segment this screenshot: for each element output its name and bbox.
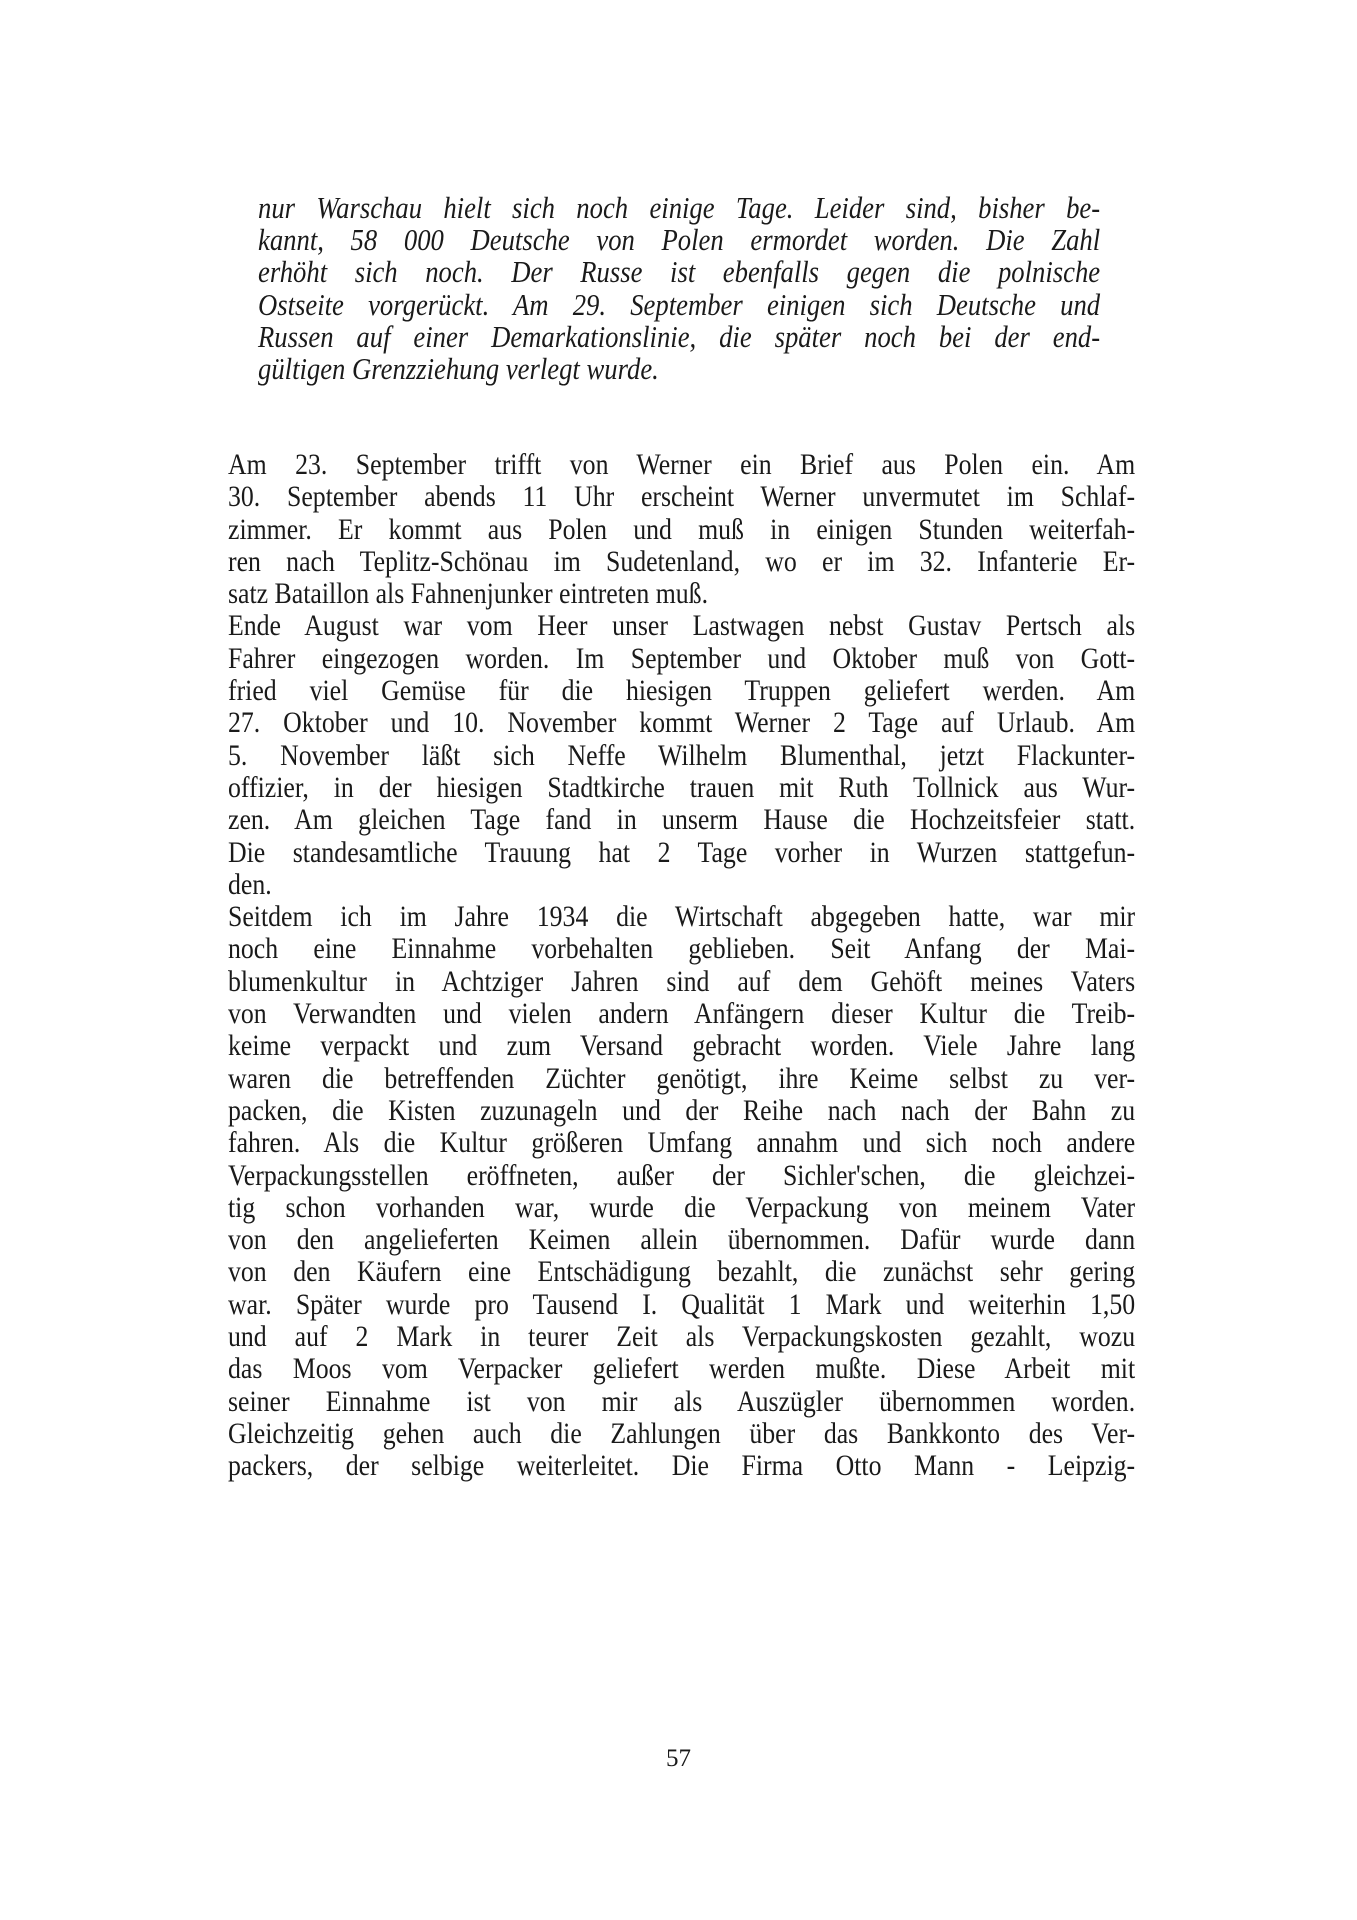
paragraph-line: ren nach Teplitz-Schönau im Sudetenland,… bbox=[228, 546, 1135, 578]
paragraph-line: fahren. Als die Kultur größeren Umfang a… bbox=[228, 1127, 1135, 1159]
body-text-block: Am 23. September trifft von Werner ein B… bbox=[228, 449, 1135, 1483]
paragraph-line: fried viel Gemüse für die hiesigen Trupp… bbox=[228, 675, 1135, 707]
paragraph-line: das Moos vom Verpacker geliefert werden … bbox=[228, 1353, 1135, 1385]
paragraph-line: tig schon vorhanden war, wurde die Verpa… bbox=[228, 1192, 1135, 1224]
paragraph-line: den. bbox=[228, 869, 1135, 901]
paragraph-line: Fahrer eingezogen worden. Im September u… bbox=[228, 643, 1135, 675]
paragraph-line: zimmer. Er kommt aus Polen und muß in ei… bbox=[228, 514, 1135, 546]
paragraph-line: von den angelieferten Keimen allein über… bbox=[228, 1224, 1135, 1256]
paragraph-line: Gleichzeitig gehen auch die Zahlungen üb… bbox=[228, 1418, 1135, 1450]
document-page: nur Warschau hielt sich noch einige Tage… bbox=[0, 0, 1357, 1920]
page-number: 57 bbox=[0, 1745, 1357, 1773]
paragraph-line: Ende August war vom Heer unser Lastwagen… bbox=[228, 610, 1135, 642]
quote-line: kannt, 58 000 Deutsche von Polen ermorde… bbox=[228, 224, 1100, 256]
paragraph-line: war. Später wurde pro Tausend I. Qualitä… bbox=[228, 1289, 1135, 1321]
quote-line: Russen auf einer Demarkationslinie, die … bbox=[228, 321, 1100, 353]
paragraph-line: von Verwandten und vielen andern Anfänge… bbox=[228, 998, 1135, 1030]
paragraph-line: zen. Am gleichen Tage fand in unserm Hau… bbox=[228, 804, 1135, 836]
paragraph-line: blumenkultur in Achtziger Jahren sind au… bbox=[228, 966, 1135, 998]
paragraph-line: 5. November läßt sich Neffe Wilhelm Blum… bbox=[228, 740, 1135, 772]
paragraph-line: Die standesamtliche Trauung hat 2 Tage v… bbox=[228, 837, 1135, 869]
paragraph-line: keime verpackt und zum Versand gebracht … bbox=[228, 1030, 1135, 1062]
paragraph-line: Am 23. September trifft von Werner ein B… bbox=[228, 449, 1135, 481]
paragraph-line: packers, der selbige weiterleitet. Die F… bbox=[228, 1450, 1135, 1482]
paragraph-line: seiner Einnahme ist von mir als Auszügle… bbox=[228, 1386, 1135, 1418]
paragraph-line: Verpackungsstellen eröffneten, außer der… bbox=[228, 1160, 1135, 1192]
paragraph-line: von den Käufern eine Entschädigung bezah… bbox=[228, 1256, 1135, 1288]
paragraph-line: 30. September abends 11 Uhr erscheint We… bbox=[228, 481, 1135, 513]
paragraph-line: Seitdem ich im Jahre 1934 die Wirtschaft… bbox=[228, 901, 1135, 933]
paragraph-line: und auf 2 Mark in teurer Zeit als Verpac… bbox=[228, 1321, 1135, 1353]
paragraph-line: noch eine Einnahme vorbehalten geblieben… bbox=[228, 933, 1135, 965]
quote-line: gültigen Grenzziehung verlegt wurde. bbox=[228, 353, 1100, 385]
italic-quote-block: nur Warschau hielt sich noch einige Tage… bbox=[228, 192, 1100, 385]
paragraph-line: offizier, in der hiesigen Stadtkirche tr… bbox=[228, 772, 1135, 804]
quote-line: Ostseite vorgerückt. Am 29. September ei… bbox=[228, 289, 1100, 321]
paragraph-line: waren die betreffenden Züchter genötigt,… bbox=[228, 1063, 1135, 1095]
quote-line: erhöht sich noch. Der Russe ist ebenfall… bbox=[228, 256, 1100, 288]
quote-line: nur Warschau hielt sich noch einige Tage… bbox=[228, 192, 1100, 224]
paragraph-line: 27. Oktober und 10. November kommt Werne… bbox=[228, 707, 1135, 739]
paragraph-line: packen, die Kisten zuzunageln und der Re… bbox=[228, 1095, 1135, 1127]
paragraph-line: satz Bataillon als Fahnenjunker eintrete… bbox=[228, 578, 1135, 610]
